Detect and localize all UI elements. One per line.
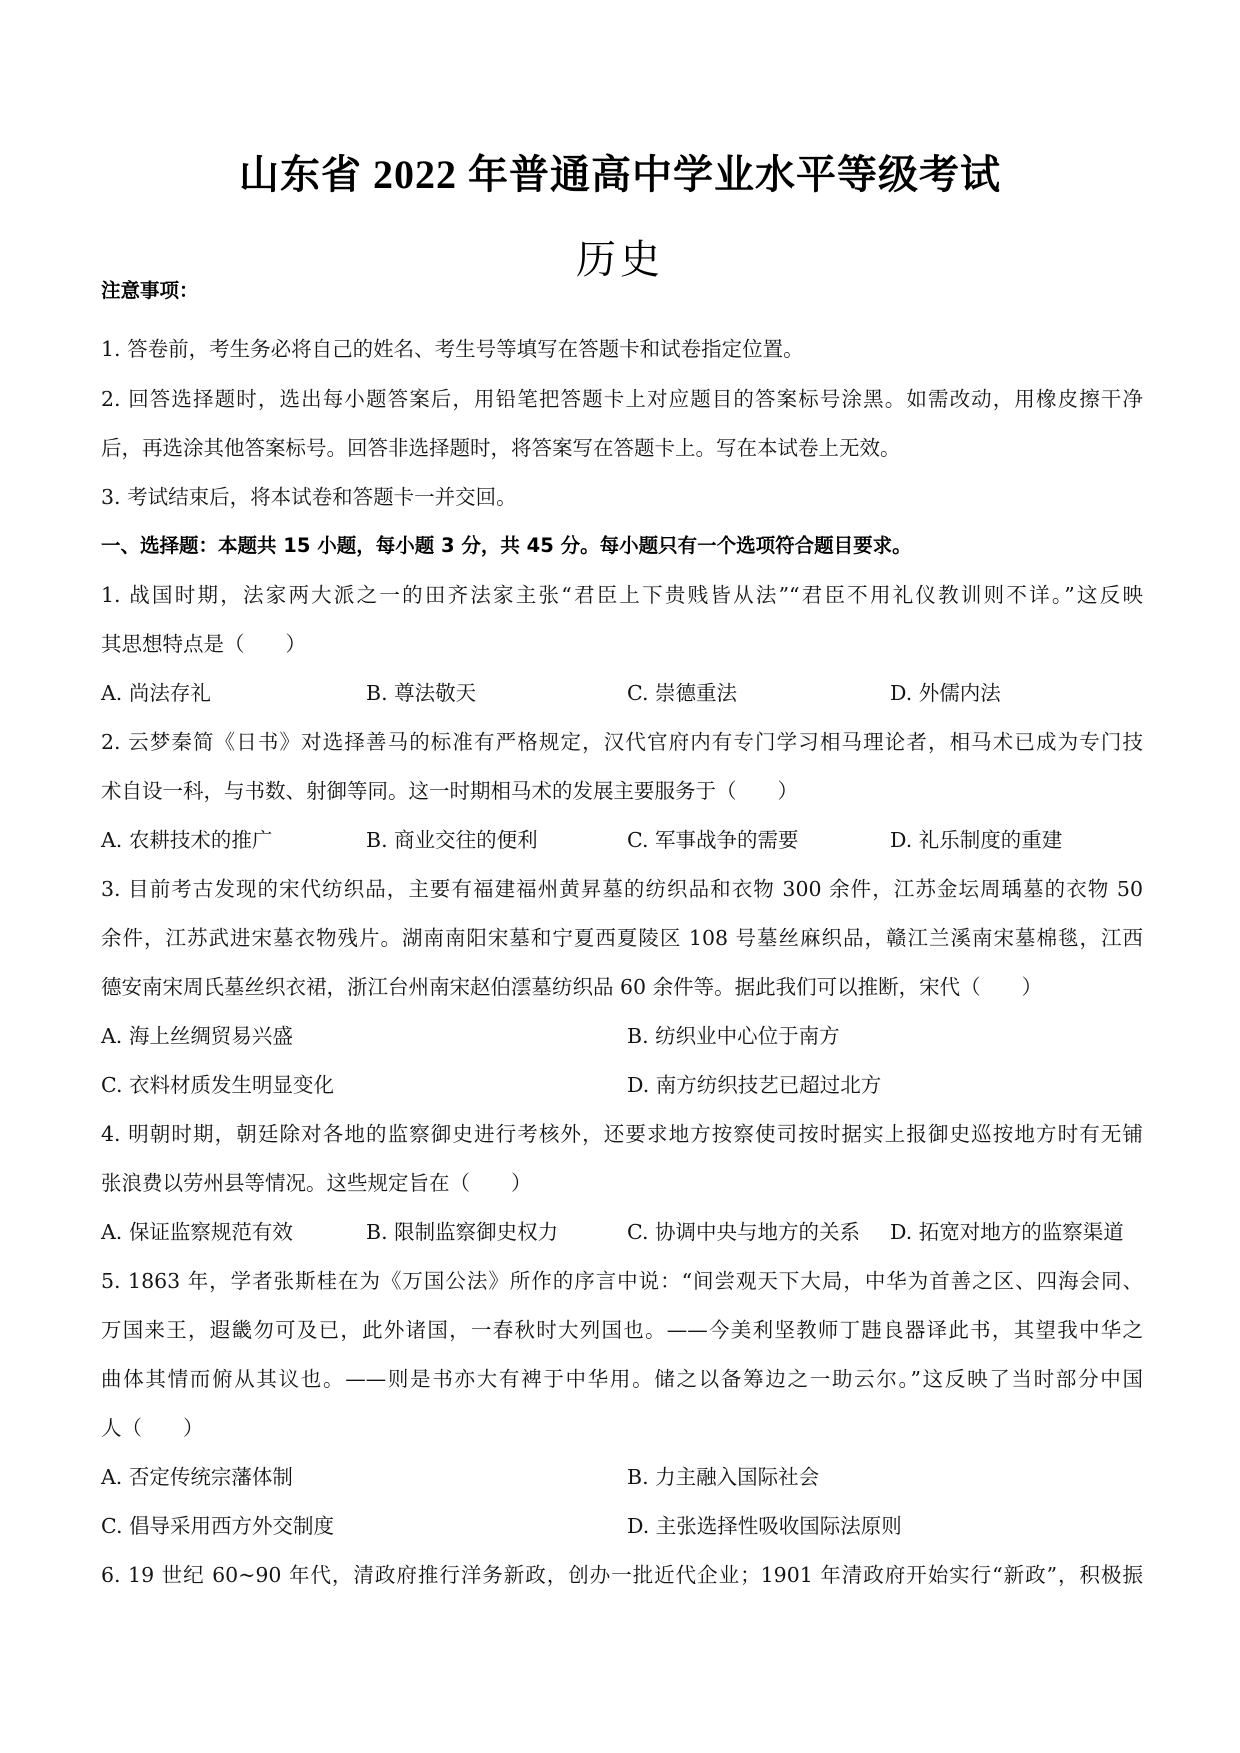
question-5-options-row-2: C. 倡导采用西方外交制度 D. 主张选择性吸收国际法原则 bbox=[101, 1511, 1143, 1541]
option-d: D. 外儒内法 bbox=[890, 678, 1001, 708]
question-2-text-cont: 术自设一科，与书数、射御等同。这一时期相马术的发展主要服务于（ ） bbox=[101, 776, 1143, 806]
option-a: A. 否定传统宗藩体制 bbox=[101, 1462, 293, 1492]
notice-item-2-cont: 后，再选涂其他答案标号。回答非选择题时，将答案写在答题卡上。写在本试卷上无效。 bbox=[101, 433, 1143, 463]
option-b: B. 尊法敬天 bbox=[366, 678, 476, 708]
exam-page: 山东省 2022 年普通高中学业水平等级考试 历史 注意事项： 1. 答卷前，考… bbox=[0, 0, 1240, 1753]
notice-heading: 注意事项： bbox=[101, 276, 1143, 306]
notice-item-1: 1. 答卷前，考生务必将自己的姓名、考生号等填写在答题卡和试卷指定位置。 bbox=[101, 334, 1143, 364]
question-4-text: 4. 明朝时期，朝廷除对各地的监察御史进行考核外，还要求地方按察使司按时据实上报… bbox=[101, 1119, 1143, 1149]
option-c: C. 倡导采用西方外交制度 bbox=[101, 1511, 334, 1541]
question-5-options-row-1: A. 否定传统宗藩体制 B. 力主融入国际社会 bbox=[101, 1462, 1143, 1492]
question-5-text-cont-3: 人（ ） bbox=[101, 1413, 1143, 1443]
question-2-text: 2. 云梦秦简《日书》对选择善马的标准有严格规定，汉代官府内有专门学习相马理论者… bbox=[101, 727, 1143, 757]
question-4-text-cont: 张浪费以劳州县等情况。这些规定旨在（ ） bbox=[101, 1168, 1143, 1198]
question-1-text: 1. 战国时期，法家两大派之一的田齐法家主张“君臣上下贵贱皆从法”“君臣不用礼仪… bbox=[101, 580, 1143, 610]
question-5-text-cont-2: 曲体其情而俯从其议也。——则是书亦大有裨于中华用。储之以备筹边之一助云尔。”这反… bbox=[101, 1364, 1143, 1394]
question-3-text-cont-2: 德安南宋周氏墓丝织衣裙，浙江台州南宋赵伯澐墓纺织品 60 余件等。据此我们可以推… bbox=[101, 972, 1143, 1002]
option-c: C. 崇德重法 bbox=[627, 678, 737, 708]
option-b: B. 纺织业中心位于南方 bbox=[627, 1021, 840, 1051]
exam-title: 山东省 2022 年普通高中学业水平等级考试 bbox=[0, 151, 1240, 199]
option-a: A. 尚法存礼 bbox=[101, 678, 211, 708]
option-a: A. 农耕技术的推广 bbox=[101, 825, 272, 855]
section-heading: 一、选择题：本题共 15 小题，每小题 3 分，共 45 分。每小题只有一个选项… bbox=[101, 531, 1143, 561]
option-d: D. 主张选择性吸收国际法原则 bbox=[627, 1511, 902, 1541]
notice-item-3: 3. 考试结束后，将本试卷和答题卡一并交回。 bbox=[101, 482, 1143, 512]
option-b: B. 限制监察御史权力 bbox=[366, 1217, 558, 1247]
option-d: D. 南方纺织技艺已超过北方 bbox=[627, 1070, 881, 1100]
question-5-text: 5. 1863 年，学者张斯桂在为《万国公法》所作的序言中说：“间尝观天下大局，… bbox=[101, 1266, 1143, 1296]
question-1-options: A. 尚法存礼 B. 尊法敬天 C. 崇德重法 D. 外儒内法 bbox=[101, 678, 1143, 708]
question-3-text-cont-1: 余件，江苏武进宋墓衣物残片。湖南南阳宋墓和宁夏西夏陵区 108 号墓丝麻织品，赣… bbox=[101, 923, 1143, 953]
question-1-text-cont: 其思想特点是（ ） bbox=[101, 629, 1143, 659]
option-c: C. 衣料材质发生明显变化 bbox=[101, 1070, 334, 1100]
question-4-options: A. 保证监察规范有效 B. 限制监察御史权力 C. 协调中央与地方的关系 D.… bbox=[101, 1217, 1143, 1247]
option-b: B. 力主融入国际社会 bbox=[627, 1462, 819, 1492]
question-6-text: 6. 19 世纪 60~90 年代，清政府推行洋务新政，创办一批近代企业；190… bbox=[101, 1560, 1143, 1590]
option-c: C. 军事战争的需要 bbox=[627, 825, 799, 855]
option-b: B. 商业交往的便利 bbox=[366, 825, 538, 855]
option-d: D. 礼乐制度的重建 bbox=[890, 825, 1062, 855]
question-2-options: A. 农耕技术的推广 B. 商业交往的便利 C. 军事战争的需要 D. 礼乐制度… bbox=[101, 825, 1143, 855]
option-d: D. 拓宽对地方的监察渠道 bbox=[890, 1217, 1124, 1247]
question-3-options-row-2: C. 衣料材质发生明显变化 D. 南方纺织技艺已超过北方 bbox=[101, 1070, 1143, 1100]
question-5-text-cont-1: 万国来王，遐畿勿可及已，此外诸国，一春秋时大列国也。——今美利坚教师丁韪良器译此… bbox=[101, 1315, 1143, 1345]
option-c: C. 协调中央与地方的关系 bbox=[627, 1217, 860, 1247]
option-a: A. 保证监察规范有效 bbox=[101, 1217, 293, 1247]
question-3-text: 3. 目前考古发现的宋代纺织品，主要有福建福州黄昇墓的纺织品和衣物 300 余件… bbox=[101, 874, 1143, 904]
question-3-options-row-1: A. 海上丝绸贸易兴盛 B. 纺织业中心位于南方 bbox=[101, 1021, 1143, 1051]
option-a: A. 海上丝绸贸易兴盛 bbox=[101, 1021, 293, 1051]
notice-item-2: 2. 回答选择题时，选出每小题答案后，用铅笔把答题卡上对应题目的答案标号涂黑。如… bbox=[101, 384, 1143, 414]
